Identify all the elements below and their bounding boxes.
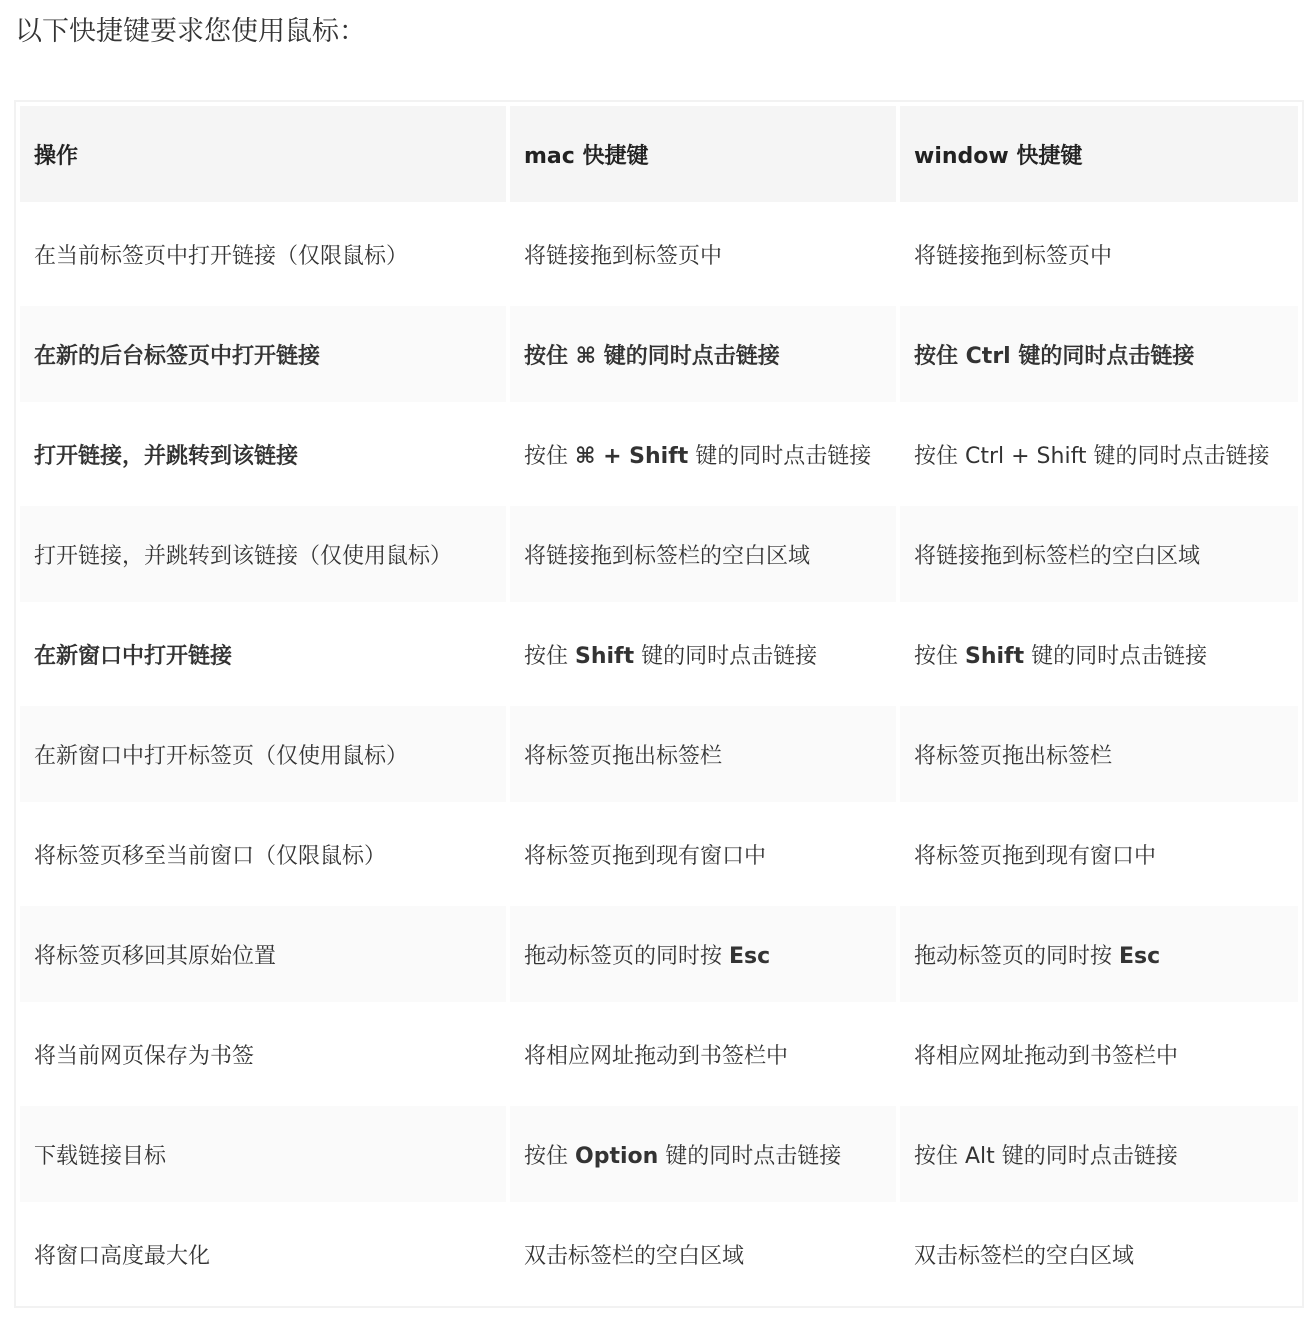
cell-windows-shortcut: 将标签页拖到现有窗口中 <box>900 806 1298 902</box>
table-row: 将标签页移回其原始位置拖动标签页的同时按 Esc拖动标签页的同时按 Esc <box>20 906 1298 1002</box>
table-row: 打开链接，并跳转到该链接（仅使用鼠标）将链接拖到标签栏的空白区域将链接拖到标签栏… <box>20 506 1298 602</box>
text: 将标签页移回其原始位置 <box>34 944 276 969</box>
cell-action: 将当前网页保存为书签 <box>20 1006 506 1102</box>
text: 按住 <box>524 444 575 469</box>
table-row: 在新窗口中打开标签页（仅使用鼠标）将标签页拖出标签栏将标签页拖出标签栏 <box>20 706 1298 802</box>
bold-text: Shift <box>965 644 1024 669</box>
table-body: 在当前标签页中打开链接（仅限鼠标）将链接拖到标签页中将链接拖到标签页中在新的后台… <box>20 206 1298 1302</box>
text: 打开链接，并跳转到该链接（仅使用鼠标） <box>34 544 452 569</box>
bold-text: 按住 Ctrl 键的同时点击链接 <box>914 344 1194 369</box>
table-row: 将当前网页保存为书签将相应网址拖动到书签栏中将相应网址拖动到书签栏中 <box>20 1006 1298 1102</box>
cell-windows-shortcut: 按住 Ctrl 键的同时点击链接 <box>900 306 1298 402</box>
cell-windows-shortcut: 双击标签栏的空白区域 <box>900 1206 1298 1302</box>
cell-action: 在新窗口中打开链接 <box>20 606 506 702</box>
text: 在新窗口中打开标签页（仅使用鼠标） <box>34 744 408 769</box>
cell-windows-shortcut: 将相应网址拖动到书签栏中 <box>900 1006 1298 1102</box>
cell-action: 在新窗口中打开标签页（仅使用鼠标） <box>20 706 506 802</box>
text: 按住 Alt 键的同时点击链接 <box>914 1144 1178 1169</box>
table-header-row: 操作 mac 快捷键 window 快捷键 <box>20 106 1298 202</box>
cell-windows-shortcut: 按住 Ctrl + Shift 键的同时点击链接 <box>900 406 1298 502</box>
text: 将相应网址拖动到书签栏中 <box>524 1044 788 1069</box>
bold-text: 在新的后台标签页中打开链接 <box>34 344 320 369</box>
table-row: 将窗口高度最大化双击标签栏的空白区域双击标签栏的空白区域 <box>20 1206 1298 1302</box>
text: 键的同时点击链接 <box>688 444 871 469</box>
text: 拖动标签页的同时按 <box>914 944 1119 969</box>
text: 键的同时点击链接 <box>658 1144 841 1169</box>
text: 将标签页拖出标签栏 <box>524 744 722 769</box>
text: 键的同时点击链接 <box>634 644 817 669</box>
text: 将窗口高度最大化 <box>34 1244 210 1269</box>
cell-action: 打开链接，并跳转到该链接 <box>20 406 506 502</box>
header-windows-shortcut: window 快捷键 <box>900 106 1298 202</box>
text: 按住 Ctrl + Shift 键的同时点击链接 <box>914 444 1270 469</box>
cell-windows-shortcut: 将链接拖到标签页中 <box>900 206 1298 302</box>
bold-text: 按住 ⌘ 键的同时点击链接 <box>524 344 780 369</box>
cell-action: 将窗口高度最大化 <box>20 1206 506 1302</box>
cell-mac-shortcut: 按住 Shift 键的同时点击链接 <box>510 606 896 702</box>
bold-text: 在新窗口中打开链接 <box>34 644 232 669</box>
bold-text: Esc <box>729 944 770 969</box>
cell-windows-shortcut: 将标签页拖出标签栏 <box>900 706 1298 802</box>
cell-windows-shortcut: 按住 Shift 键的同时点击链接 <box>900 606 1298 702</box>
cell-action: 在新的后台标签页中打开链接 <box>20 306 506 402</box>
text: 按住 <box>914 644 965 669</box>
cell-windows-shortcut: 将链接拖到标签栏的空白区域 <box>900 506 1298 602</box>
cell-mac-shortcut: 将标签页拖到现有窗口中 <box>510 806 896 902</box>
text: 将标签页拖到现有窗口中 <box>524 844 766 869</box>
text: 双击标签栏的空白区域 <box>914 1244 1134 1269</box>
text: 在当前标签页中打开链接（仅限鼠标） <box>34 244 408 269</box>
text: 双击标签栏的空白区域 <box>524 1244 744 1269</box>
table-row: 在新的后台标签页中打开链接按住 ⌘ 键的同时点击链接按住 Ctrl 键的同时点击… <box>20 306 1298 402</box>
text: 将相应网址拖动到书签栏中 <box>914 1044 1178 1069</box>
cell-mac-shortcut: 拖动标签页的同时按 Esc <box>510 906 896 1002</box>
cell-windows-shortcut: 按住 Alt 键的同时点击链接 <box>900 1106 1298 1202</box>
cell-mac-shortcut: 按住 Option 键的同时点击链接 <box>510 1106 896 1202</box>
table-row: 在新窗口中打开链接按住 Shift 键的同时点击链接按住 Shift 键的同时点… <box>20 606 1298 702</box>
cell-mac-shortcut: 将相应网址拖动到书签栏中 <box>510 1006 896 1102</box>
text: 键的同时点击链接 <box>1024 644 1207 669</box>
text: 将当前网页保存为书签 <box>34 1044 254 1069</box>
cell-mac-shortcut: 按住 ⌘ + Shift 键的同时点击链接 <box>510 406 896 502</box>
text: 按住 <box>524 1144 575 1169</box>
text: 将链接拖到标签页中 <box>524 244 722 269</box>
text: 将链接拖到标签栏的空白区域 <box>914 544 1200 569</box>
bold-text: Esc <box>1119 944 1160 969</box>
cell-action: 将标签页移回其原始位置 <box>20 906 506 1002</box>
bold-text: Shift <box>575 644 634 669</box>
cell-action: 下载链接目标 <box>20 1106 506 1202</box>
cell-mac-shortcut: 双击标签栏的空白区域 <box>510 1206 896 1302</box>
intro-text: 以下快捷键要求您使用鼠标： <box>15 12 366 52</box>
cell-action: 将标签页移至当前窗口（仅限鼠标） <box>20 806 506 902</box>
cell-mac-shortcut: 将标签页拖出标签栏 <box>510 706 896 802</box>
table-row: 将标签页移至当前窗口（仅限鼠标）将标签页拖到现有窗口中将标签页拖到现有窗口中 <box>20 806 1298 902</box>
bold-text: Option <box>575 1144 658 1169</box>
bold-text: 打开链接，并跳转到该链接 <box>34 444 298 469</box>
shortcut-table: 操作 mac 快捷键 window 快捷键 在当前标签页中打开链接（仅限鼠标）将… <box>14 100 1304 1308</box>
cell-windows-shortcut: 拖动标签页的同时按 Esc <box>900 906 1298 1002</box>
cell-mac-shortcut: 将链接拖到标签页中 <box>510 206 896 302</box>
bold-text: ⌘ + Shift <box>575 444 688 469</box>
text: 将标签页拖到现有窗口中 <box>914 844 1156 869</box>
text: 将标签页移至当前窗口（仅限鼠标） <box>34 844 386 869</box>
text: 将链接拖到标签栏的空白区域 <box>524 544 810 569</box>
table-row: 在当前标签页中打开链接（仅限鼠标）将链接拖到标签页中将链接拖到标签页中 <box>20 206 1298 302</box>
text: 按住 <box>524 644 575 669</box>
header-mac-shortcut: mac 快捷键 <box>510 106 896 202</box>
header-action: 操作 <box>20 106 506 202</box>
cell-action: 在当前标签页中打开链接（仅限鼠标） <box>20 206 506 302</box>
cell-mac-shortcut: 按住 ⌘ 键的同时点击链接 <box>510 306 896 402</box>
text: 下载链接目标 <box>34 1144 166 1169</box>
text: 将标签页拖出标签栏 <box>914 744 1112 769</box>
table-row: 打开链接，并跳转到该链接按住 ⌘ + Shift 键的同时点击链接按住 Ctrl… <box>20 406 1298 502</box>
table-row: 下载链接目标按住 Option 键的同时点击链接按住 Alt 键的同时点击链接 <box>20 1106 1298 1202</box>
text: 将链接拖到标签页中 <box>914 244 1112 269</box>
text: 拖动标签页的同时按 <box>524 944 729 969</box>
cell-action: 打开链接，并跳转到该链接（仅使用鼠标） <box>20 506 506 602</box>
cell-mac-shortcut: 将链接拖到标签栏的空白区域 <box>510 506 896 602</box>
